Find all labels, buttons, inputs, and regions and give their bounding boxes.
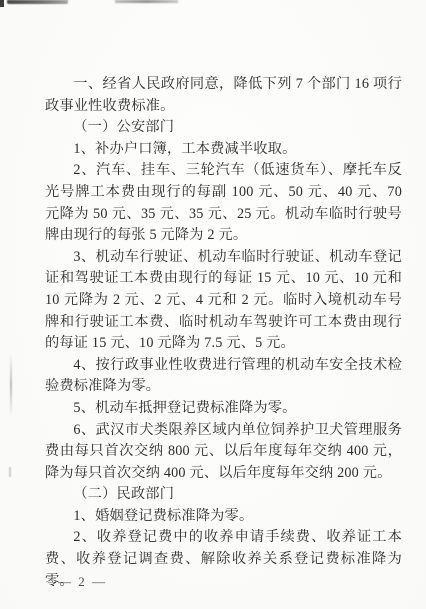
paragraph: 1、补办户口簿，工本费减半收取。 xyxy=(45,139,402,161)
paragraph: 4、按行政事业性收费进行管理的机动车安全技术检验费标准降为零。 xyxy=(45,355,402,398)
scan-artifact-streak xyxy=(9,467,11,477)
scan-artifact-smudge xyxy=(115,0,178,3)
scan-artifact-streak xyxy=(10,353,12,417)
paragraph: 3、机动车行驶证、机动车临时行驶证、机动车登记证和驾驶证工本费由现行的每证 15… xyxy=(45,247,402,355)
page-number: — 2 — xyxy=(58,574,107,590)
paragraph: （二）民政部门 xyxy=(45,484,402,506)
paragraph: 2、汽车、挂车、三轮汽车（低速货车）、摩托车反光号牌工本费由现行的每副 100 … xyxy=(45,160,402,246)
paragraph: （一）公安部门 xyxy=(45,117,402,139)
paragraph: 1、婚姻登记费标准降为零。 xyxy=(45,506,402,528)
scan-artifact-corner xyxy=(0,0,4,7)
document-page: 一、经省人民政府同意，降低下列 7 个部门 16 项行政事业性收费标准。（一）公… xyxy=(0,0,426,609)
paragraph: 5、机动车抵押登记费标准降为零。 xyxy=(45,398,402,420)
scan-artifact-smudge xyxy=(7,0,68,4)
paragraph: 6、武汉市犬类限养区域内单位饲养护卫犬管理服务费由每只首次交纳 800 元、以后… xyxy=(45,420,402,485)
document-body: 一、经省人民政府同意，降低下列 7 个部门 16 项行政事业性收费标准。（一）公… xyxy=(45,74,402,592)
paragraph: 一、经省人民政府同意，降低下列 7 个部门 16 项行政事业性收费标准。 xyxy=(45,74,402,117)
